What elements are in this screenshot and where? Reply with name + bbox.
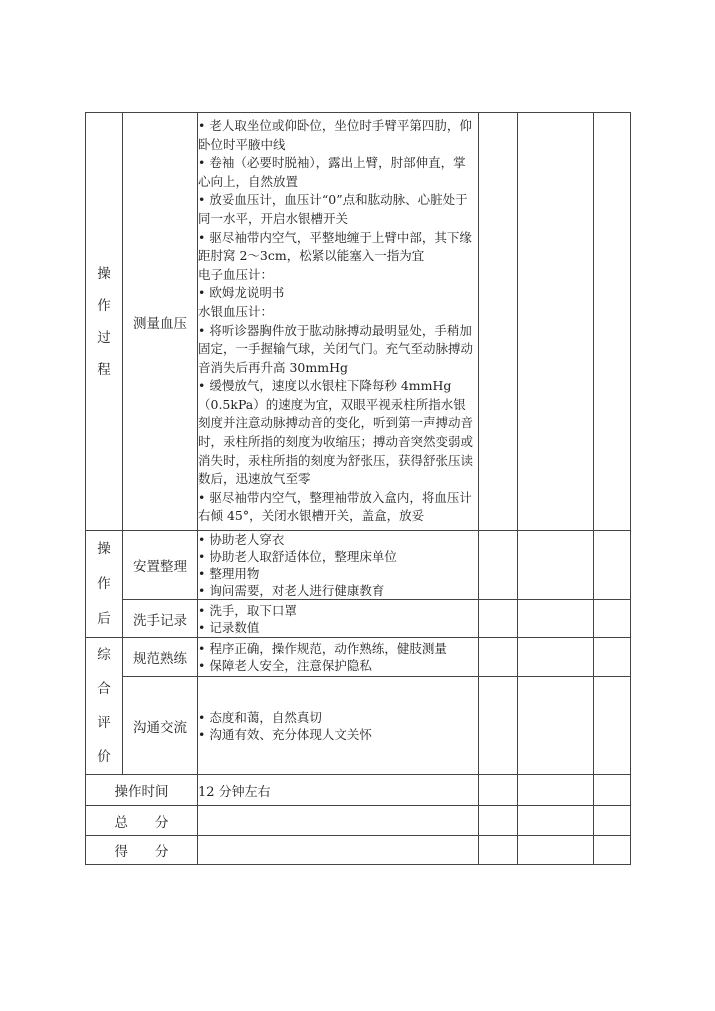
text-line: • 询问需要，对老人进行健康教育 bbox=[198, 582, 478, 599]
text-line: • 欧姆龙说明书 bbox=[198, 284, 478, 303]
table-row-measure-bp: 操作过程 测量血压 • 老人取坐位或仰卧位，坐位时手臂平第四肋，仰卧位时平腋中线… bbox=[86, 113, 631, 531]
score-cell bbox=[594, 638, 631, 677]
section-label-cell-overall-evaluation: 综合评价 bbox=[86, 638, 123, 775]
score-cell bbox=[479, 113, 518, 531]
category-cell-communication: 沟通交流 bbox=[123, 677, 198, 775]
score-cell bbox=[594, 600, 631, 638]
text-line: 水银血压计： bbox=[198, 303, 478, 322]
text-line: • 态度和蔼，自然真切 bbox=[198, 709, 478, 726]
footer-label-total-score: 总 分 bbox=[86, 806, 198, 836]
section-label-cell-after-operation: 操作后 bbox=[86, 531, 123, 638]
category-label-standard-skilled: 规范熟练 bbox=[133, 651, 187, 667]
score-cell bbox=[518, 638, 594, 677]
score-cell bbox=[518, 677, 594, 775]
table-row-standard-skilled: 综合评价 规范熟练 • 程序正确，操作规范，动作熟练，健肢测量• 保障老人安全，… bbox=[86, 638, 631, 677]
score-cell bbox=[518, 806, 594, 836]
text-line: • 将听诊器胸件放于肱动脉搏动最明显处，手稍加固定，一手握输气球，关闭气门。充气… bbox=[198, 322, 478, 378]
assessment-table: 操作过程 测量血压 • 老人取坐位或仰卧位，坐位时手臂平第四肋，仰卧位时平腋中线… bbox=[85, 112, 631, 865]
text-line: • 老人取坐位或仰卧位，坐位时手臂平第四肋，仰卧位时平腋中线 bbox=[198, 117, 478, 154]
category-cell-wash-record: 洗手记录 bbox=[123, 600, 198, 638]
footer-label-operation-time: 操作时间 bbox=[86, 775, 198, 806]
category-cell-measure-bp: 测量血压 bbox=[123, 113, 198, 531]
score-cell bbox=[479, 600, 518, 638]
score-cell bbox=[594, 836, 631, 865]
text-line: • 卷袖（必要时脱袖），露出上臂，肘部伸直，掌心向上，自然放置 bbox=[198, 154, 478, 191]
text-line: • 缓慢放气，速度以水银柱下降每秒 4mmHg（0.5kPa）的速度为宜，双眼平… bbox=[198, 377, 478, 489]
score-cell bbox=[518, 600, 594, 638]
score-cell bbox=[518, 836, 594, 865]
category-cell-settle-tidy: 安置整理 bbox=[123, 531, 198, 600]
text-line: • 协助老人穿衣 bbox=[198, 531, 478, 548]
text-line: • 协助老人取舒适体位，整理床单位 bbox=[198, 548, 478, 565]
category-label-wash-record: 洗手记录 bbox=[133, 613, 187, 629]
content-cell-communication: • 态度和蔼，自然真切• 沟通有效、充分体现人文关怀 bbox=[198, 677, 479, 775]
score-cell bbox=[518, 531, 594, 600]
table-row-total-score: 总 分 bbox=[86, 806, 631, 836]
text-line: • 整理用物 bbox=[198, 565, 478, 582]
text-line: • 驱尽袖带内空气，整理袖带放入盒内，将血压计右倾 45°，关闭水银槽开关，盖盒… bbox=[198, 489, 478, 526]
section-label-after-operation: 操作后 bbox=[97, 532, 111, 637]
text-line: • 沟通有效、充分体现人文关怀 bbox=[198, 726, 478, 743]
score-cell bbox=[479, 775, 518, 806]
score-cell bbox=[518, 113, 594, 531]
score-cell bbox=[479, 531, 518, 600]
section-label-cell-operation-process: 操作过程 bbox=[86, 113, 123, 531]
footer-label-text: 操作时间 bbox=[115, 784, 169, 800]
content-cell-wash-record: • 洗手，取下口罩• 记录数值 bbox=[198, 600, 479, 638]
footer-label-obtained-score: 得 分 bbox=[86, 836, 198, 865]
category-label-measure-bp: 测量血压 bbox=[133, 316, 187, 332]
text-line: • 保障老人安全，注意保护隐私 bbox=[198, 657, 478, 674]
footer-label-text: 得 分 bbox=[115, 844, 169, 860]
score-cell bbox=[518, 775, 594, 806]
score-cell bbox=[479, 806, 518, 836]
footer-value-text: 12 分钟左右 bbox=[198, 785, 271, 800]
text-line: • 程序正确，操作规范，动作熟练，健肢测量 bbox=[198, 640, 478, 657]
score-cell bbox=[479, 677, 518, 775]
table-row-wash-record: 洗手记录 • 洗手，取下口罩• 记录数值 bbox=[86, 600, 631, 638]
content-cell-measure-bp: • 老人取坐位或仰卧位，坐位时手臂平第四肋，仰卧位时平腋中线• 卷袖（必要时脱袖… bbox=[198, 113, 479, 531]
text-line: • 驱尽袖带内空气，平整地缠于上臂中部，其下缘距肘窝 2～3cm，松紧以能塞入一… bbox=[198, 229, 478, 266]
table-row-obtained-score: 得 分 bbox=[86, 836, 631, 865]
text-line: 电子血压计： bbox=[198, 266, 478, 285]
table-row-operation-time: 操作时间 12 分钟左右 bbox=[86, 775, 631, 806]
text-line: • 洗手，取下口罩 bbox=[198, 602, 478, 619]
content-cell-standard-skilled: • 程序正确，操作规范，动作熟练，健肢测量• 保障老人安全，注意保护隐私 bbox=[198, 638, 479, 677]
category-cell-standard-skilled: 规范熟练 bbox=[123, 638, 198, 677]
table-row-settle-tidy: 操作后 安置整理 • 协助老人穿衣• 协助老人取舒适体位，整理床单位• 整理用物… bbox=[86, 531, 631, 600]
text-line: • 记录数值 bbox=[198, 619, 478, 636]
category-label-settle-tidy: 安置整理 bbox=[133, 559, 187, 575]
score-cell bbox=[594, 806, 631, 836]
score-cell bbox=[594, 775, 631, 806]
footer-value-total-score bbox=[198, 806, 479, 836]
table-row-communication: 沟通交流 • 态度和蔼，自然真切• 沟通有效、充分体现人文关怀 bbox=[86, 677, 631, 775]
score-cell bbox=[594, 531, 631, 600]
footer-value-operation-time: 12 分钟左右 bbox=[198, 775, 479, 806]
content-cell-settle-tidy: • 协助老人穿衣• 协助老人取舒适体位，整理床单位• 整理用物• 询问需要，对老… bbox=[198, 531, 479, 600]
footer-label-text: 总 分 bbox=[115, 815, 169, 831]
score-cell bbox=[594, 113, 631, 531]
score-cell bbox=[479, 836, 518, 865]
text-line: • 放妥血压计，血压计“0”点和肱动脉、心脏处于同一水平，开启水银槽开关 bbox=[198, 191, 478, 228]
section-label-operation-process: 操作过程 bbox=[97, 258, 111, 386]
score-cell bbox=[479, 638, 518, 677]
footer-value-obtained-score bbox=[198, 836, 479, 865]
section-label-overall-evaluation: 综合评价 bbox=[97, 638, 111, 774]
score-cell bbox=[594, 677, 631, 775]
category-label-communication: 沟通交流 bbox=[133, 720, 187, 736]
